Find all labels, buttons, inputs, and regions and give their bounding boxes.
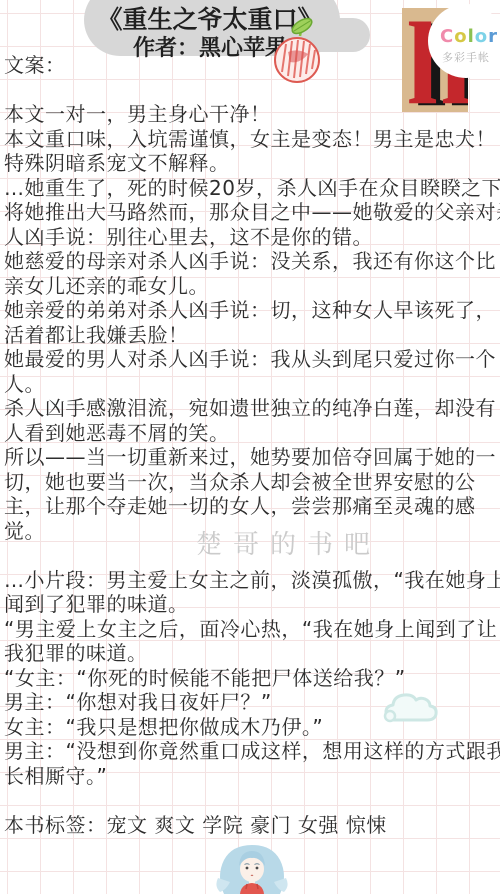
text-line: 闻到了犯罪的味道。: [4, 592, 500, 617]
brand-letter: r: [488, 26, 498, 47]
text-line: 将她推出大马路然而，那众目之中——她敬爱的父亲对杀: [4, 200, 500, 225]
text-line: 我犯罪的味道。: [4, 641, 500, 666]
text-line: 她慈爱的母亲对杀人凶手说：没关系，我还有你这个比: [4, 249, 500, 274]
text-line: 文案：: [4, 53, 500, 78]
girl-illustration: [210, 842, 294, 894]
tags-line: 本书标签：宠文 爽文 学院 豪门 女强 惊悚: [4, 813, 500, 838]
text-line: 人看到她恶毒不屑的笑。: [4, 421, 500, 446]
book-title: 《重生之爷太重口》: [0, 5, 420, 35]
brand-letter: C: [440, 26, 454, 47]
watermark-text: 楚哥的书吧: [196, 524, 381, 561]
text-line: 长相厮守。”: [4, 764, 500, 789]
text-line: 特殊阴暗系宠文不解释。: [4, 151, 500, 176]
text-line: [4, 78, 500, 103]
text-line: 男主：“没想到你竟然重口成这样，想用这样的方式跟我: [4, 739, 500, 764]
text-line: 亲女儿还亲的乖女儿。: [4, 274, 500, 299]
brand-letter: l: [468, 26, 475, 47]
brand-letter: o: [475, 26, 488, 47]
text-line: …她重生了，死的时候20岁，杀人凶手在众目睽睽之下: [4, 176, 500, 201]
text-line: 主，让那个夺走她一切的女人，尝尝那痛至灵魂的感: [4, 494, 500, 519]
text-line: [4, 788, 500, 813]
text-line: 本文一对一，男主身心干净！: [4, 102, 500, 127]
note-page: 《重生之爷太重口》 作者：黑心苹果 h h Color 多彩手帐 文案： 本文一…: [0, 0, 500, 894]
cloud-icon: [382, 686, 440, 728]
text-line: 杀人凶手感激泪流，宛如遗世独立的纯净白莲，却没有: [4, 396, 500, 421]
text-line: 人凶手说：别往心里去，这不是你的错。: [4, 225, 500, 250]
text-line: 本文重口味，入坑需谨慎，女主是变态！男主是忠犬！: [4, 127, 500, 152]
text-line: “男主爱上女主之后，面冷心热，“我在她身上闻到了让: [4, 617, 500, 642]
text-line: 人。: [4, 372, 500, 397]
text-line: …小片段：男主爱上女主之前，淡漠孤傲，“我在她身上: [4, 568, 500, 593]
text-line: 切，她也要当一次，当众杀人却会被全世界安慰的公: [4, 470, 500, 495]
text-line: 所以——当一切重新来过，她势要加倍夺回属于她的一: [4, 445, 500, 470]
brand-name: Color: [440, 26, 500, 47]
text-line: 她亲爱的弟弟对杀人凶手说：切，这种女人早该死了，: [4, 298, 500, 323]
brand-letter: o: [454, 26, 467, 47]
text-line: 活着都让我嫌丢脸！: [4, 323, 500, 348]
text-line: 她最爱的男人对杀人凶手说：我从头到尾只爱过你一个: [4, 347, 500, 372]
